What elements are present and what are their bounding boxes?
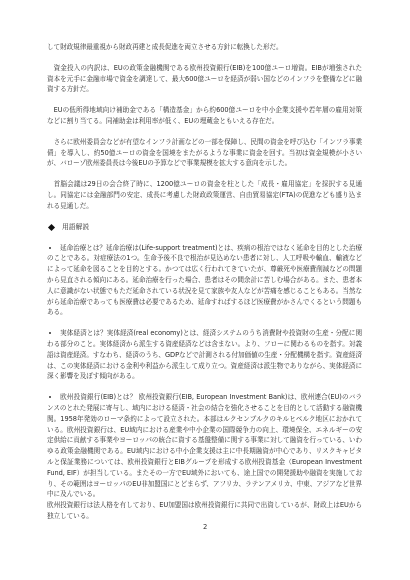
paragraph-funding-breakdown: 資金投入の内訳は、EUの政策金融機関である欧州投資銀行(EIB)を100億ユーロ… <box>47 63 362 95</box>
paragraph-structural-funds: EUの低所得地域向け補助金である「構造基金」から約600億ユーロを中小企業支援や… <box>47 105 362 127</box>
diamond-bullet-icon <box>48 224 55 231</box>
paragraph-continuation: して財政規律最重視から財政再建と成長促進を両立させる方針に転換した形だ。 <box>47 42 362 53</box>
glossary-text: 欧州投資銀行(EIB)とは？ 欧州投資銀行(EIB, European Inve… <box>47 393 362 520</box>
glossary-text: 延命治療とは？延命治療は(Life-support treatment)とは、疾… <box>47 244 362 317</box>
glossary-heading: 用語解説 <box>47 222 362 233</box>
paragraph-infrastructure-bonds: さらに欧州委員会などが有望なインフラ計画などの一部を保障し、民間の資金を呼び込む… <box>47 137 362 169</box>
paragraph-summit: 首脳会議は29日の会合終了時に、1200億ユーロの資金を柱とした「成長・雇用協定… <box>47 179 362 211</box>
document-page: して財政規律最重視から財政再建と成長促進を両立させる方針に転換した形だ。 資金投… <box>47 42 362 522</box>
bullet-icon <box>49 396 51 398</box>
bullet-icon <box>49 247 51 249</box>
page-number: 2 <box>203 523 207 531</box>
glossary-item-eib: 欧州投資銀行(EIB)とは？ 欧州投資銀行(EIB, European Inve… <box>47 392 362 522</box>
glossary-heading-label: 用語解説 <box>62 222 89 233</box>
glossary-text: 実体経済とは？実体経済(real economy)とは、経済システムのうち消費財… <box>47 329 362 380</box>
glossary-item-real-economy: 実体経済とは？実体経済(real economy)とは、経済システムのうち消費財… <box>47 328 362 382</box>
bullet-icon <box>49 332 51 334</box>
glossary-item-life-support: 延命治療とは？延命治療は(Life-support treatment)とは、疾… <box>47 243 362 319</box>
